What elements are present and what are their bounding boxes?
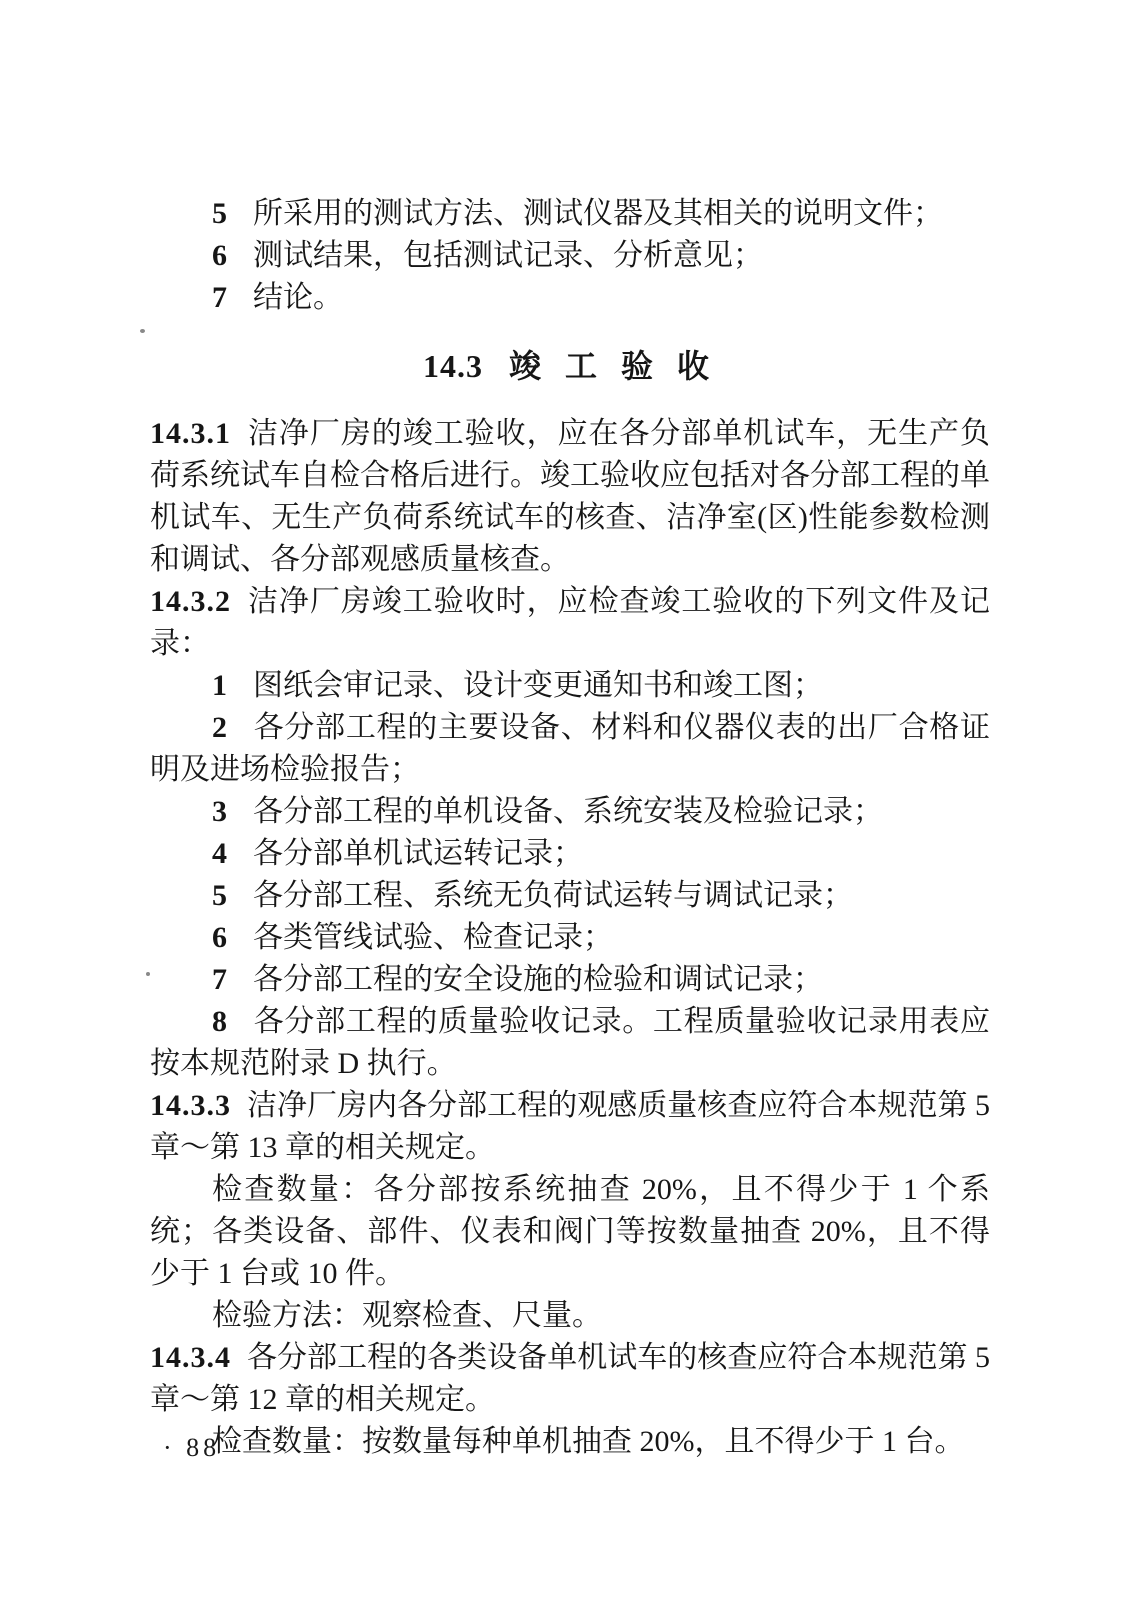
list-item: 8各分部工程的质量验收记录。工程质量验收记录用表应按本规范附录 D 执行。 [150, 1001, 990, 1085]
note-text: 检查数量：按数量每种单机抽查 20%，且不得少于 1 台。 [212, 1425, 965, 1458]
item-text: 各分部单机试运转记录； [253, 837, 583, 870]
clause-text: 洁净厂房的竣工验收，应在各分部单机试车，无生产负荷系统试车自检合格后进行。竣工验… [150, 417, 990, 576]
list-item: 7结论。 [150, 277, 990, 319]
clause-number: 14.3.4 [150, 1341, 231, 1374]
list-item: 5所采用的测试方法、测试仪器及其相关的说明文件； [150, 193, 990, 235]
text-column: 5所采用的测试方法、测试仪器及其相关的说明文件； 6测试结果，包括测试记录、分析… [150, 193, 990, 1463]
page-number: · 88 · [163, 1432, 243, 1464]
clause-paragraph: 14.3.3洁净厂房内各分部工程的观感质量核查应符合本规范第 5 章～第 13 … [150, 1085, 990, 1169]
list-item: 7各分部工程的安全设施的检验和调试记录； [150, 959, 990, 1001]
list-item: 1图纸会审记录、设计变更通知书和竣工图； [150, 665, 990, 707]
item-text: 各分部工程的质量验收记录。工程质量验收记录用表应按本规范附录 D 执行。 [150, 1005, 990, 1080]
list-item: 2各分部工程的主要设备、材料和仪器仪表的出厂合格证明及进场检验报告； [150, 707, 990, 791]
item-number: 8 [212, 1005, 227, 1038]
item-text: 各类管线试验、检查记录； [253, 921, 613, 954]
clause-paragraph: 14.3.2洁净厂房竣工验收时，应检查竣工验收的下列文件及记录： [150, 581, 990, 665]
item-number: 3 [212, 795, 227, 828]
item-number: 7 [212, 281, 227, 314]
note-text: 检查数量：各分部按系统抽查 20%，且不得少于 1 个系统；各类设备、部件、仪表… [150, 1173, 990, 1290]
list-item: 3各分部工程的单机设备、系统安装及检验记录； [150, 791, 990, 833]
item-number: 5 [212, 197, 227, 230]
note-paragraph: 检查数量：按数量每种单机抽查 20%，且不得少于 1 台。 [150, 1421, 990, 1463]
note-paragraph: 检验方法：观察检查、尺量。 [150, 1295, 990, 1337]
section-number: 14.3 [423, 348, 483, 384]
item-number: 6 [212, 239, 227, 272]
section-title: 竣 工 验 收 [509, 348, 717, 384]
item-number: 6 [212, 921, 227, 954]
item-number: 7 [212, 963, 227, 996]
clause-number: 14.3.2 [150, 585, 231, 618]
note-text: 检验方法：观察检查、尺量。 [212, 1299, 602, 1332]
item-number: 5 [212, 879, 227, 912]
item-text: 测试结果，包括测试记录、分析意见； [253, 239, 763, 272]
list-item: 6测试结果，包括测试记录、分析意见； [150, 235, 990, 277]
list-item: 6各类管线试验、检查记录； [150, 917, 990, 959]
clause-number: 14.3.3 [150, 1089, 231, 1122]
item-text: 结论。 [253, 281, 343, 314]
item-text: 各分部工程的主要设备、材料和仪器仪表的出厂合格证明及进场检验报告； [150, 711, 990, 786]
list-item: 4各分部单机试运转记录； [150, 833, 990, 875]
item-text: 各分部工程的安全设施的检验和调试记录； [253, 963, 823, 996]
list-item: 5各分部工程、系统无负荷试运转与调试记录； [150, 875, 990, 917]
document-page: 5所采用的测试方法、测试仪器及其相关的说明文件； 6测试结果，包括测试记录、分析… [0, 0, 1142, 1600]
clause-paragraph: 14.3.1洁净厂房的竣工验收，应在各分部单机试车，无生产负荷系统试车自检合格后… [150, 413, 990, 581]
item-number: 4 [212, 837, 227, 870]
item-text: 各分部工程、系统无负荷试运转与调试记录； [253, 879, 853, 912]
note-paragraph: 检查数量：各分部按系统抽查 20%，且不得少于 1 个系统；各类设备、部件、仪表… [150, 1169, 990, 1295]
item-number: 2 [212, 711, 227, 744]
clause-text: 洁净厂房竣工验收时，应检查竣工验收的下列文件及记录： [150, 585, 990, 660]
clause-number: 14.3.1 [150, 417, 231, 450]
scan-artifact-dot [140, 329, 145, 333]
clause-paragraph: 14.3.4各分部工程的各类设备单机试车的核查应符合本规范第 5 章～第 12 … [150, 1337, 990, 1421]
item-text: 所采用的测试方法、测试仪器及其相关的说明文件； [253, 197, 943, 230]
clause-text: 洁净厂房内各分部工程的观感质量核查应符合本规范第 5 章～第 13 章的相关规定… [150, 1089, 990, 1164]
item-text: 各分部工程的单机设备、系统安装及检验记录； [253, 795, 883, 828]
clause-text: 各分部工程的各类设备单机试车的核查应符合本规范第 5 章～第 12 章的相关规定… [150, 1341, 990, 1416]
item-text: 图纸会审记录、设计变更通知书和竣工图； [253, 669, 823, 702]
section-heading: 14.3竣 工 验 收 [150, 345, 990, 387]
item-number: 1 [212, 669, 227, 702]
